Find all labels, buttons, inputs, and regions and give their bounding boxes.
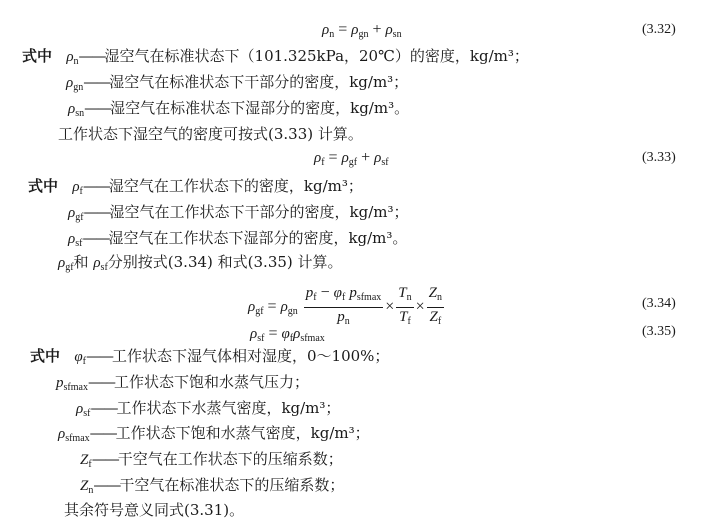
definition-line: ρsfmax——工作状态下饱和水蒸气密度，kg/m³； — [58, 423, 370, 449]
equation-3-32: ρn = ρgn + ρsn — [322, 20, 402, 45]
equation-3-33: ρf = ρgf + ρsf — [314, 148, 389, 173]
paragraph: 工作状态下湿空气的密度可按式(3.33) 计算。 — [58, 124, 363, 144]
equation-number: (3.35) — [642, 324, 676, 340]
definition-line: ρgn——湿空气在标准状态下干部分的密度，kg/m³； — [66, 72, 408, 98]
paragraph: ρgf和 ρsf分别按式(3.34) 和式(3.35) 计算。 — [58, 252, 343, 278]
definition-line: ρgf——湿空气在工作状态下干部分的密度，kg/m³； — [68, 202, 409, 228]
equation-number: (3.34) — [642, 296, 676, 312]
definition-line: ρsf——工作状态下水蒸气密度，kg/m³； — [76, 398, 340, 424]
definition-line: 式中 φf——工作状态下湿气体相对湿度，0～100%； — [30, 346, 389, 372]
paragraph: 其余符号意义同式(3.31)。 — [64, 500, 244, 520]
definition-line: 式中 ρf——湿空气在工作状态下的密度，kg/m³； — [28, 176, 363, 202]
definition-line: Zf——干空气在工作状态下的压缩系数； — [80, 449, 343, 475]
equation-number: (3.33) — [642, 150, 676, 166]
definition-line: ρsn——湿空气在标准状态下湿部分的密度，kg/m³。 — [68, 98, 409, 124]
definition-line: ρsf——湿空气在工作状态下湿部分的密度，kg/m³。 — [68, 228, 407, 254]
definition-line: psfmax——工作状态下饱和水蒸气压力； — [56, 372, 309, 398]
equation-number: (3.32) — [642, 22, 676, 38]
definition-line: Zn——干空气在标准状态下的压缩系数； — [80, 475, 344, 501]
definition-line: 式中 ρn——湿空气在标准状态下（101.325kPa，20℃）的密度，kg/m… — [22, 46, 529, 72]
